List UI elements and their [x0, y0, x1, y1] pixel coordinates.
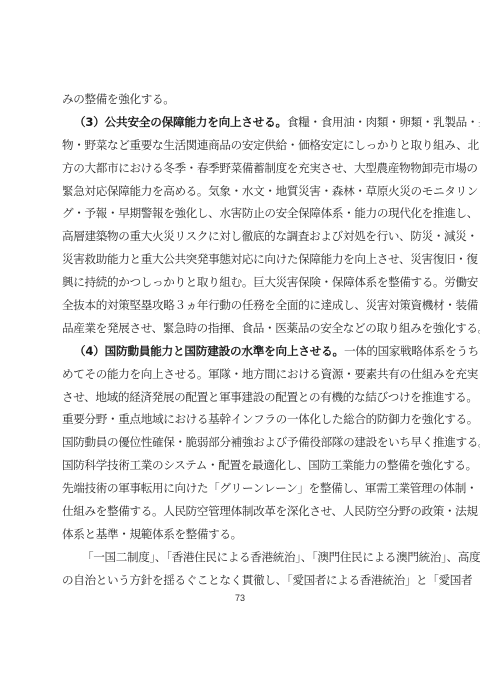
text-line: 国防動員の優位性確保・脆弱部分補強および予備役部隊の建設をいち早く推進する。: [62, 431, 420, 454]
text-line: グ・予報・早期警報を強化し、水害防止の安全保障体系・能力の現代化を推進し、: [62, 202, 420, 225]
text-line: 国防科学技術工業のシステム・配置を最適化し、国防工業能力の整備を強化する。: [62, 454, 420, 477]
text-span: 食糧・食用油・肉類・卵類・乳製品・果: [287, 115, 480, 129]
text-line: 仕組みを整備する。人民防空管理体制改革を深化させ、人民防空分野の政策・法規: [62, 500, 420, 523]
text-line: 物・野菜など重要な生活関連商品の安定供給・価格安定にしっかりと取り組み、北: [62, 134, 420, 157]
paragraph-start-line: 「一国二制度」、「香港住民による香港統治」、「澳門住民による澳門統治」、高度: [62, 546, 420, 569]
text-line: 高層建築物の重大火災リスクに対し徹底的な調査および対処を行い、防災・減災・: [62, 225, 420, 248]
text-line: 全抜本的対策堅塁攻略３ヵ年行動の任務を全面的に達成し、災害対策資機材・装備: [62, 294, 420, 317]
section-heading-line: （3）公共安全の保障能力を向上させる。食糧・食用油・肉類・卵類・乳製品・果: [62, 111, 420, 134]
text-line: 重要分野・重点地域における基幹インフラの一体化した総合的防御力を強化する。: [62, 408, 420, 431]
text-line: 体系と基準・規範体系を整備する。: [62, 523, 420, 546]
text-line: 品産業を発展させ、緊急時の指揮、食品・医薬品の安全などの取り組みを強化する。: [62, 317, 420, 340]
text-line: めてその能力を向上させる。軍隊・地方間における資源・要素共有の仕組みを充実: [62, 363, 420, 386]
text-line: 先端技術の軍事転用に向けた「グリーンレーン」を整備し、軍需工業管理の体制・: [62, 477, 420, 500]
text-line: 興に持続的かつしっかりと取り組む。巨大災害保険・保障体系を整備する。労働安: [62, 271, 420, 294]
text-span: 一体的国家戦略体系をうち固: [344, 344, 480, 358]
text-line: 方の大都市における冬季・春季野菜備蓄制度を充実させ、大型農産物物卸売市場の: [62, 157, 420, 180]
section-heading: （3）公共安全の保障能力を向上させる。: [74, 115, 287, 129]
text-line: みの整備を強化する。: [62, 88, 420, 111]
section-heading-line: （4）国防動員能力と国防建設の水準を向上させる。一体的国家戦略体系をうち固: [62, 340, 420, 363]
text-line: 災害救助能力と重大公共突発事態対応に向けた保障能力を向上させ、災害復旧・復: [62, 248, 420, 271]
text-line: 緊急対応保障能力を高める。気象・水文・地質災害・森林・草原火災のモニタリン: [62, 180, 420, 203]
page-number: 73: [0, 593, 480, 603]
section-heading: （4）国防動員能力と国防建設の水準を向上させる。: [74, 344, 344, 358]
text-line: の自治という方針を揺るぐことなく貫徹し、「愛国者による香港統治」と「愛国者: [62, 569, 420, 592]
document-body: みの整備を強化する。 （3）公共安全の保障能力を向上させる。食糧・食用油・肉類・…: [62, 88, 420, 592]
text-line: させ、地域的経済発展の配置と軍事建設の配置との有機的な結びつけを推進する。: [62, 386, 420, 409]
